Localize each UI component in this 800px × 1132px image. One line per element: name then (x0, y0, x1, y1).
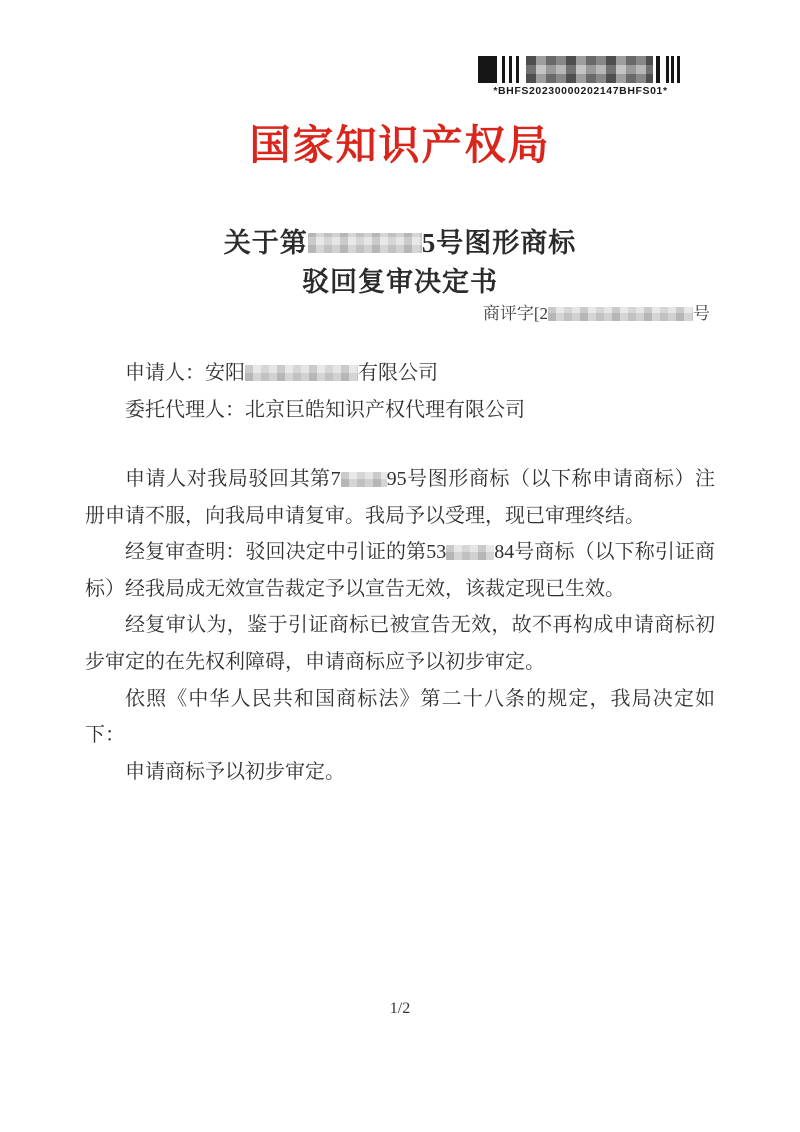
agent-name: 北京巨皓知识产权代理有限公司 (245, 399, 525, 421)
barcode-bars-right (653, 56, 683, 83)
document-title-line2: 驳回复审决定书 (0, 263, 800, 302)
reference-suffix-text: 号 (693, 304, 710, 323)
agent-line: 委托代理人：北京巨皓知识产权代理有限公司 (125, 392, 525, 429)
paragraph-2-redaction (446, 545, 494, 560)
reference-prefix-text: 商评字[2 (483, 304, 548, 323)
document-page: *BHFS20230000202147BHFS01* 国家知识产权局 关于第5号… (0, 0, 800, 1132)
applicant-name-suffix: 有限公司 (358, 362, 438, 384)
agent-label: 委托代理人： (125, 399, 245, 421)
paragraph-2: 经复审查明：驳回决定中引证的第5384号商标（以下称引证商标）经我局成无效宣告裁… (85, 534, 715, 607)
applicant-line: 申请人：安阳有限公司 (125, 355, 525, 392)
applicant-name-redaction (245, 365, 358, 381)
document-title-line1: 关于第5号图形商标 (0, 224, 800, 263)
page-number: 1/2 (0, 1000, 800, 1018)
barcode-text: *BHFS20230000202147BHFS01* (478, 85, 683, 97)
title-prefix-text: 关于第 (224, 228, 308, 258)
paragraph-4: 依照《中华人民共和国商标法》第二十八条的规定，我局决定如下： (85, 681, 715, 754)
paragraph-2-before: 经复审查明：驳回决定中引证的第53 (125, 541, 446, 563)
reference-number-redaction (548, 307, 693, 321)
title-suffix-text: 5号图形商标 (422, 228, 577, 258)
barcode-redaction-mosaic (526, 56, 653, 83)
barcode-bars (478, 56, 683, 83)
paragraph-1: 申请人对我局驳回其第795号图形商标（以下称申请商标）注册申请不服，向我局申请复… (85, 461, 715, 534)
decision-body: 申请人对我局驳回其第795号图形商标（以下称申请商标）注册申请不服，向我局申请复… (85, 461, 715, 790)
parties-block: 申请人：安阳有限公司 委托代理人：北京巨皓知识产权代理有限公司 (125, 355, 525, 429)
paragraph-3: 经复审认为，鉴于引证商标已被宣告无效，故不再构成申请商标初步审定的在先权利障碍，… (85, 607, 715, 680)
agency-title: 国家知识产权局 (0, 112, 800, 171)
paragraph-5: 申请商标予以初步审定。 (85, 754, 715, 791)
trademark-number-redaction (308, 233, 422, 253)
barcode: *BHFS20230000202147BHFS01* (478, 56, 683, 97)
applicant-label: 申请人： (125, 362, 205, 384)
reference-number-line: 商评字[2号 (483, 299, 710, 324)
paragraph-1-redaction (341, 472, 387, 487)
applicant-name-prefix: 安阳 (205, 362, 245, 384)
document-title: 关于第5号图形商标 驳回复审决定书 (0, 224, 800, 302)
barcode-bars-left (478, 56, 526, 83)
paragraph-1-before: 申请人对我局驳回其第7 (125, 468, 341, 490)
